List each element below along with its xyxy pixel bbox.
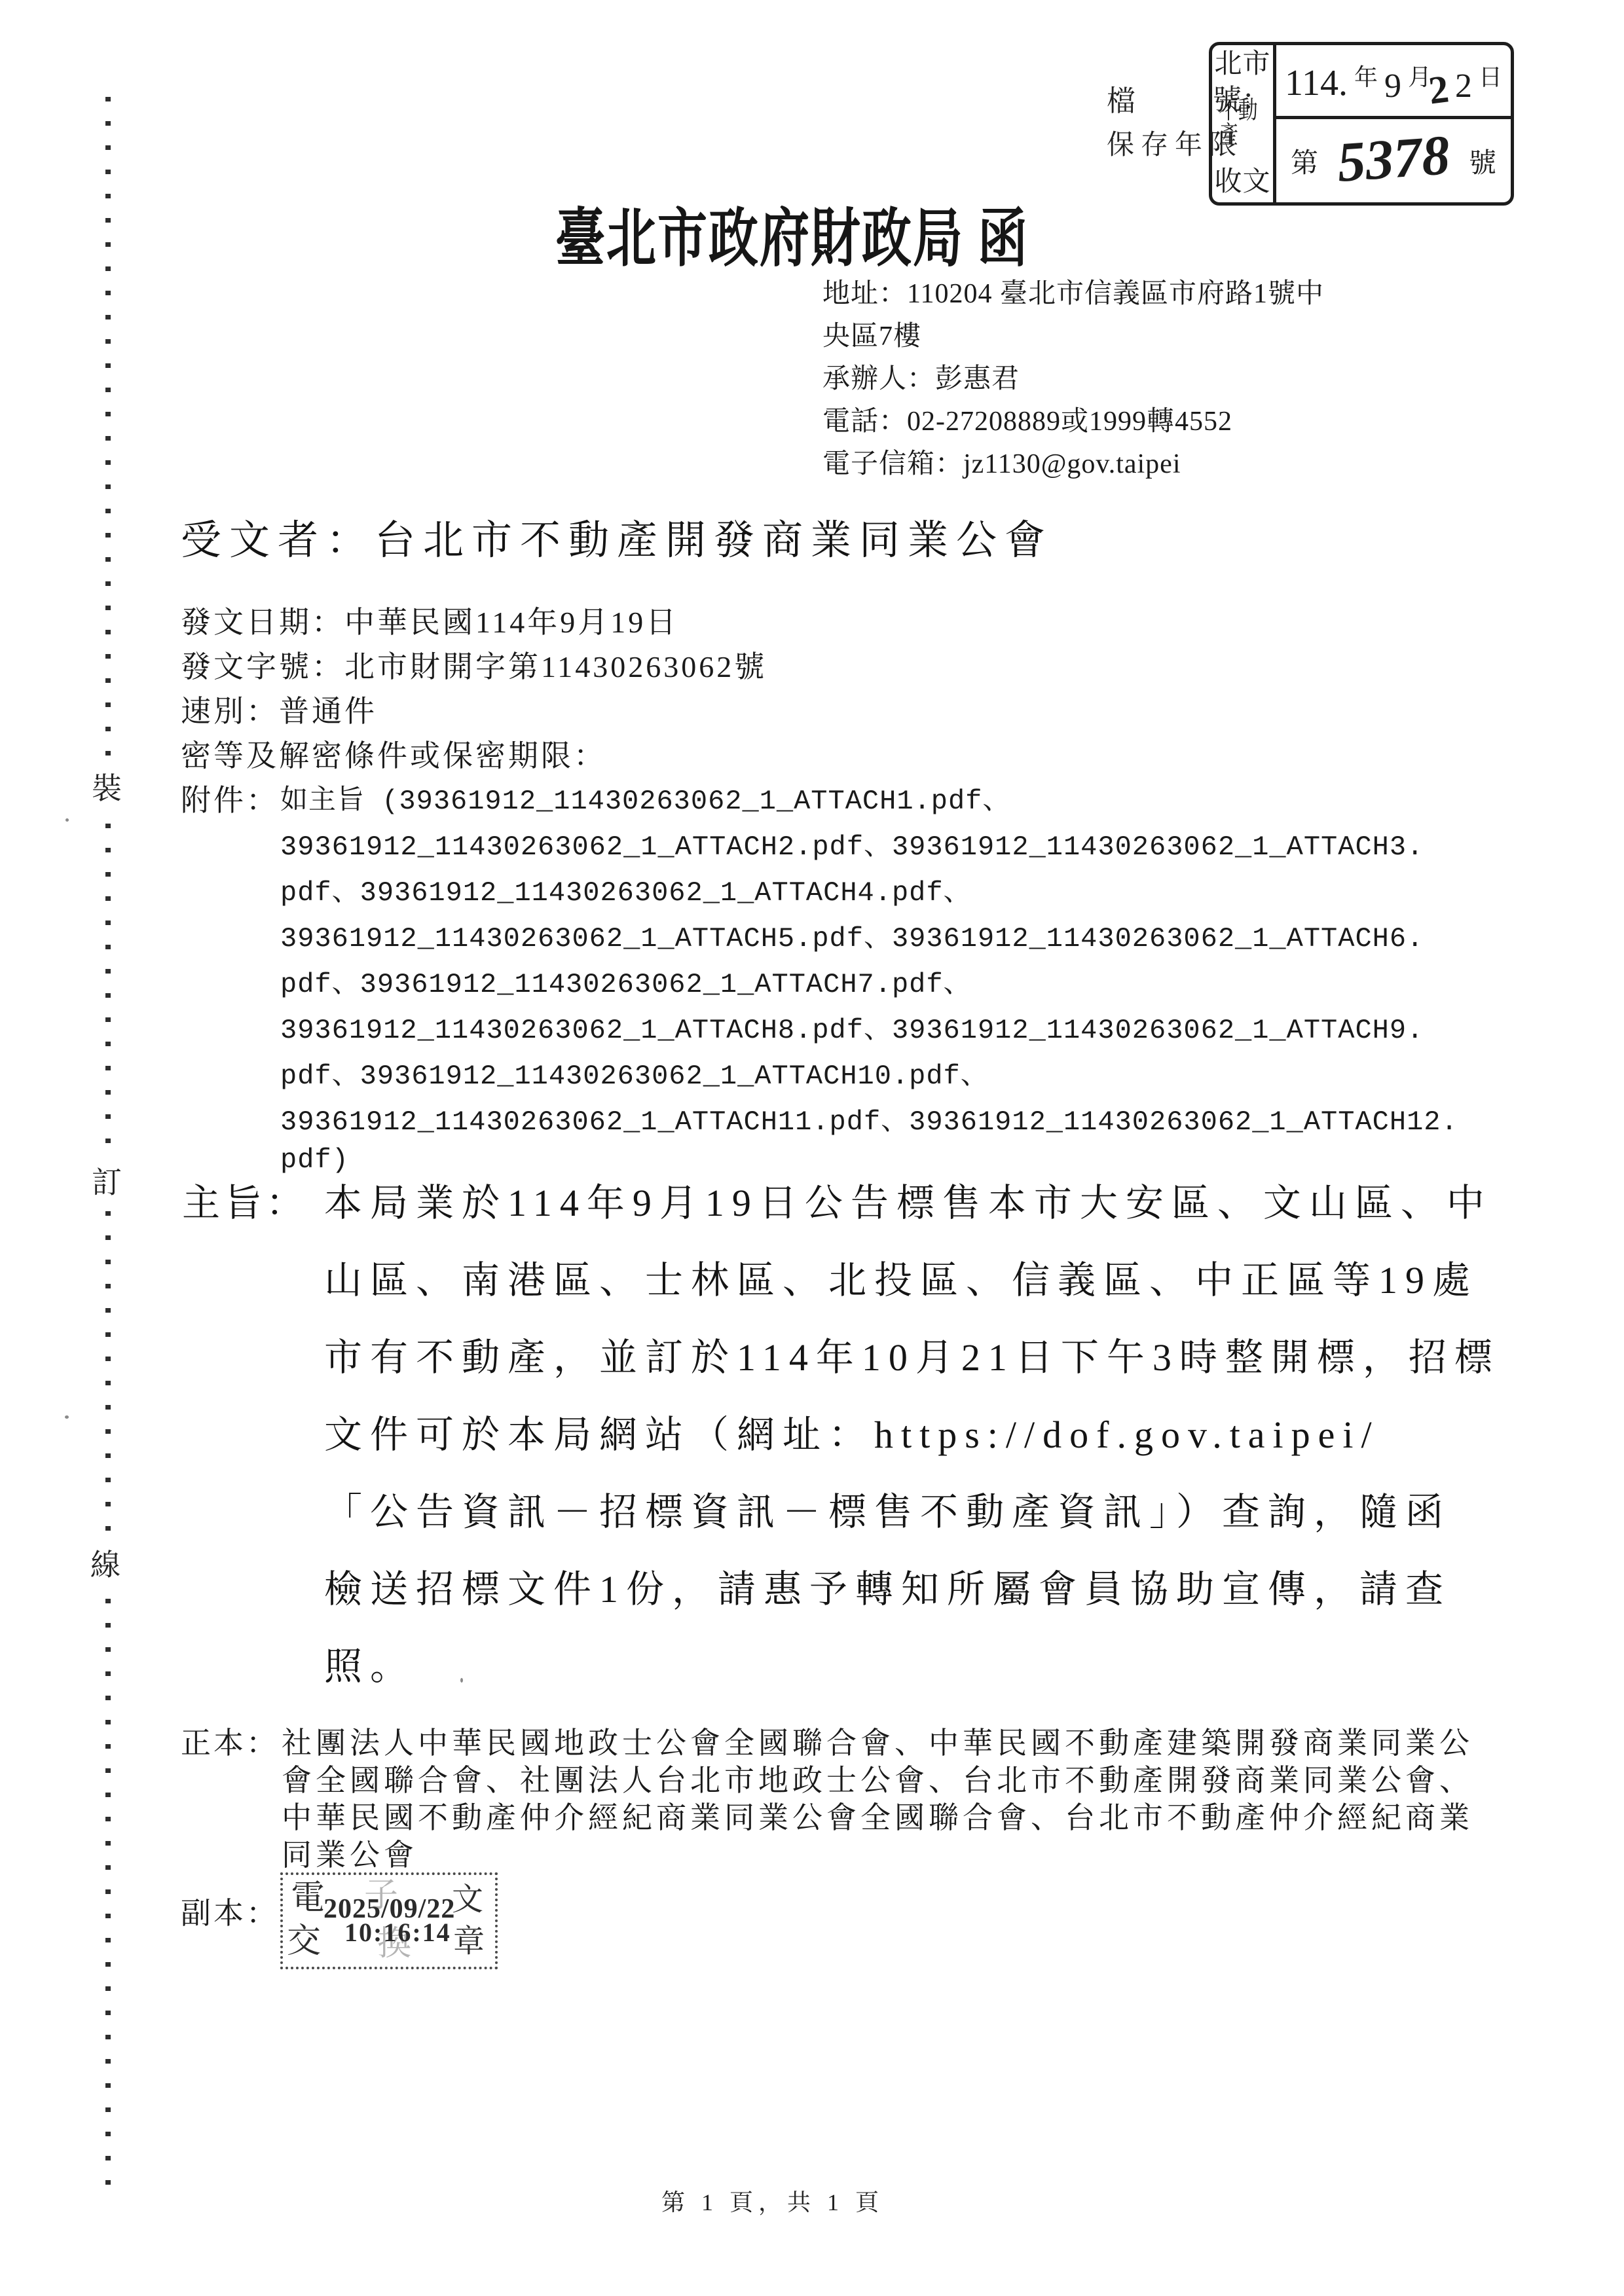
receive-stamp-org-line3: 收文 [1214, 168, 1270, 196]
attachment-line: 如主旨 (39361912_11430263062_1_ATTACH1.pdf、 [280, 778, 1010, 817]
binding-mark-xian: 線 [89, 1535, 122, 1591]
sender-address-line2: 央區7樓 [822, 314, 921, 354]
subject-label: 主旨： [182, 1172, 308, 1227]
attachment-line: 39361912_11430263062_1_ATTACH8.pdf、39361… [280, 1007, 1424, 1046]
scan-speck [65, 818, 69, 822]
receive-stamp-org-line2: 不動產 [1219, 98, 1266, 148]
binding-mark-ding: 訂 [90, 1152, 123, 1209]
original-copy-label: 正本： [181, 1719, 279, 1762]
receive-stamp-date-row: 114. 年 9 月 2 2 日 [1276, 45, 1511, 119]
exchange-stamp-char: 電 [291, 1882, 325, 1916]
sender-email: 電子信箱：jz1130@gov.taipei [822, 442, 1181, 481]
receive-stamp-right: 114. 年 9 月 2 2 日 第 5378 號 [1276, 45, 1511, 202]
receive-stamp-org-column: 北市 不動產 收文 [1212, 45, 1276, 202]
scan-speck [65, 1415, 69, 1419]
doc-number-line: 發文字號：北市財開字第11430263062號 [181, 643, 767, 686]
subject-line: 檢送招標文件1份，請惠予轉知所屬會員協助宣傳，請查 [324, 1558, 1451, 1613]
scan-speck [460, 1678, 463, 1683]
subject-line: 山區、南港區、士林區、北投區、信義區、中正區等19處 [324, 1249, 1478, 1304]
receive-serial-number: 5378 [1335, 122, 1452, 195]
electronic-exchange-stamp: 電 子 文 交 換 章 2025/09/22 10:16:14 [280, 1872, 498, 1969]
carbon-copy-label: 副本： [181, 1889, 279, 1933]
receive-serial-suffix: 號 [1469, 141, 1496, 181]
subject-line: 照。 [324, 1635, 416, 1690]
sender-contact-person: 承辦人：彭惠君 [822, 357, 1020, 396]
subject-line: 市有不動產，並訂於114年10月21日下午3時整開標，招標 [324, 1326, 1500, 1381]
receive-date-day-unit: 日 [1479, 59, 1502, 92]
sender-phone: 電話：02-27208889或1999轉4552 [822, 399, 1232, 439]
recipient-line: 受文者：台北市不動產開發商業同業公會 [181, 507, 1053, 566]
subject-line: 本局業於114年9月19日公告標售本市大安區、文山區、中 [324, 1172, 1492, 1227]
page-number-footer: 第 1 頁，共 1 頁 [661, 2184, 884, 2217]
original-copy-line: 中華民國不動產仲介經紀商業同業公會全國聯合會、台北市不動產仲介經紀商業 [282, 1794, 1473, 1837]
subject-line: 文件可於本局網站（網址：https://dof.gov.taipei/ [324, 1404, 1380, 1459]
attachment-label: 附件： [181, 776, 279, 820]
exchange-stamp-char: 章 [453, 1926, 485, 1958]
attachment-line: pdf、39361912_11430263062_1_ATTACH10.pdf、 [280, 1053, 989, 1092]
receive-serial-prefix: 第 [1291, 141, 1318, 181]
attachment-line: 39361912_11430263062_1_ATTACH11.pdf、3936… [280, 1099, 1458, 1138]
speed-class-line: 速別：普通件 [181, 687, 377, 731]
receive-stamp-serial-row: 第 5378 號 [1276, 119, 1511, 202]
security-class-line: 密等及解密條件或保密期限： [181, 732, 606, 775]
receive-date-day-digit2: 2 [1455, 67, 1472, 105]
binding-dotted-line [105, 97, 111, 2185]
exchange-stamp-char: 交 [287, 1925, 321, 1959]
attachment-line: 39361912_11430263062_1_ATTACH2.pdf、39361… [280, 824, 1424, 863]
receive-date-year-value: 114. [1285, 62, 1348, 104]
receive-date-month-value: 9 [1384, 67, 1401, 105]
attachment-line: pdf) [280, 1144, 349, 1176]
subject-line: 「公告資訊－招標資訊－標售不動產資訊」）查詢，隨函 [324, 1481, 1451, 1536]
receive-stamp-org-line1: 北市 [1214, 50, 1270, 78]
binding-mark-zhuang: 裝 [90, 758, 123, 814]
attachment-line: pdf、39361912_11430263062_1_ATTACH7.pdf、 [280, 961, 972, 1000]
sender-address-line1: 地址：110204 臺北市信義區市府路1號中 [822, 272, 1324, 311]
exchange-stamp-time: 10:16:14 [344, 1917, 451, 1948]
attachment-line: pdf、39361912_11430263062_1_ATTACH4.pdf、 [280, 869, 972, 909]
original-copy-line: 同業公會 [282, 1831, 418, 1874]
receive-stamp: 北市 不動產 收文 114. 年 9 月 2 2 日 第 5378 號 [1209, 42, 1514, 206]
document-page: { "document": { "title": "臺北市政府財政局 函", "… [0, 0, 1624, 2296]
file-number-label: 檔 [1107, 77, 1135, 119]
exchange-stamp-char: 文 [452, 1884, 483, 1916]
receive-date-day-digit1: 2 [1426, 66, 1451, 113]
issue-date-line: 發文日期：中華民國114年9月19日 [181, 598, 678, 642]
document-title: 臺北市政府財政局 函 [555, 187, 1029, 279]
attachment-line: 39361912_11430263062_1_ATTACH5.pdf、39361… [280, 915, 1424, 955]
receive-date-year-unit: 年 [1354, 59, 1378, 92]
